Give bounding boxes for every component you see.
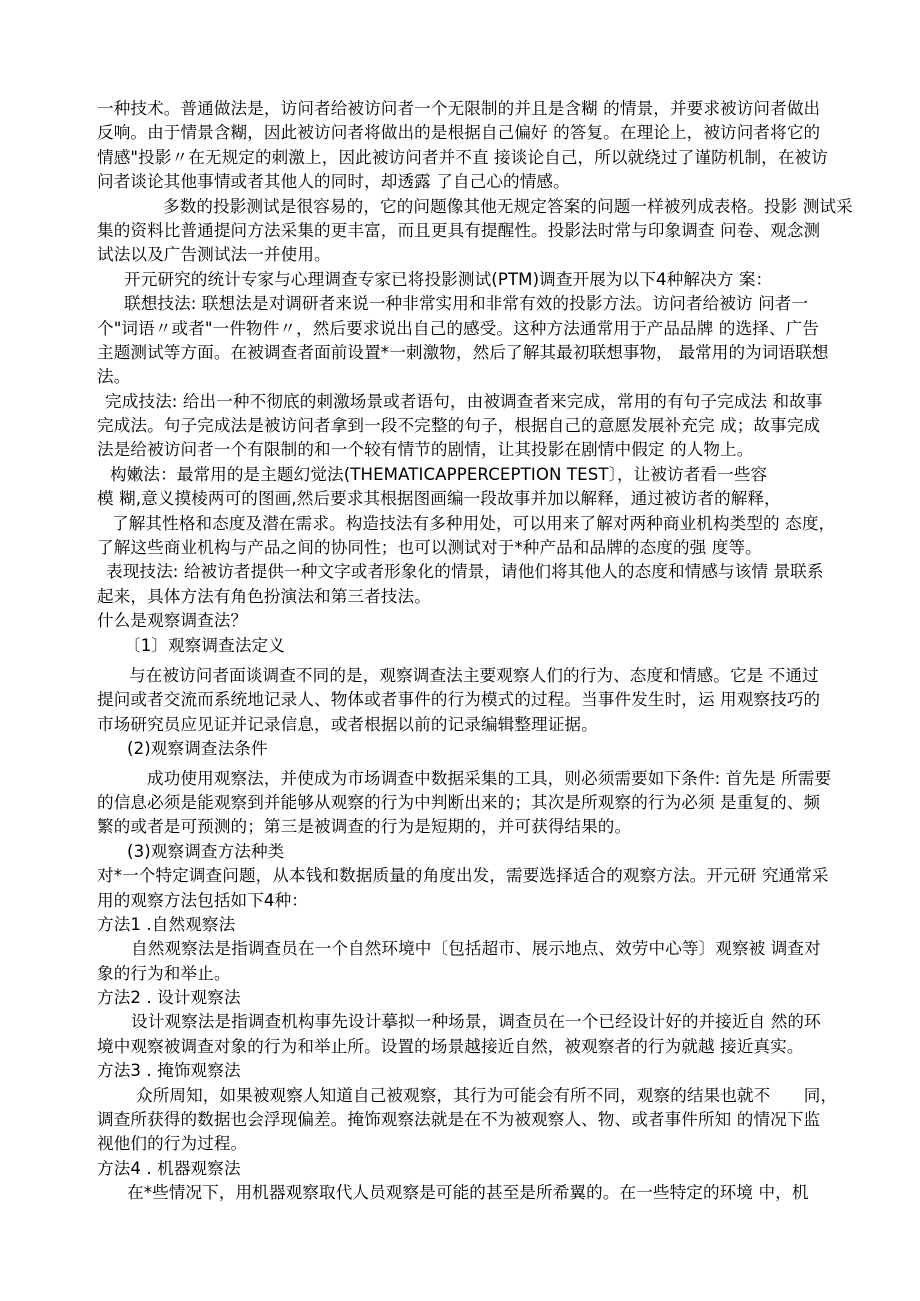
text-line: 表现技法: 给被访者提供一种文字或者形象化的情景，请他们将其他人的态度和情感与该… — [97, 560, 837, 584]
text-line: 集的资料比普通提问方法采集的更丰富，而且更具有提醒性。投影法时常与印象调查 问卷… — [97, 219, 837, 243]
text-line: 调查所获得的数据也会浮现偏差。掩饰观察法就是在不为被观察人、物、或者事件所知 的… — [97, 1108, 837, 1132]
text-line: 什么是观察调查法？ — [97, 609, 837, 633]
text-line: 与在被访问者面谈调查不同的是，观察调查法主要观察人们的行为、态度和情感。它是 不… — [97, 664, 837, 688]
text-line: 自然观察法是指调查员在一个自然环境中〔包括超市、展示地点、效劳中心等〕观察被 调… — [97, 937, 837, 961]
text-line: 主题测试等方面。在被调查者面前设置*一刺激物，然后了解其最初联想事物， 最常用的… — [97, 341, 837, 365]
text-line: 起来，具体方法有角色扮演法和第三者技法。 — [97, 585, 837, 609]
text-line: 一种技术。普通做法是，访问者给被访问者一个无限制的并且是含糊 的情景，并要求被访… — [97, 97, 837, 121]
document-text-block: 一种技术。普通做法是，访问者给被访问者一个无限制的并且是含糊 的情景，并要求被访… — [97, 97, 837, 1206]
text-line: 完成法。句子完成法是被访问者拿到一段不完整的句子，根据自己的意愿发展补充完 成；… — [97, 414, 837, 438]
text-line: 模 糊,意义摸棱两可的图画,然后要求其根据图画编一段故事并加以解释，通过被访者的… — [97, 487, 837, 511]
text-line: 完成技法: 给出一种不彻底的刺激场景或者语句，由被调查者来完成，常用的有句子完成… — [97, 390, 837, 414]
text-line: 个"词语〃或者"一件物件〃，然后要求说出自己的感受。这种方法通常用于产品品牌 的… — [97, 317, 837, 341]
text-line: 繁的或者是可预测的；第三是被调查的行为是短期的，并可获得结果的。 — [97, 815, 837, 839]
text-line: 问者谈论其他事情或者其他人的同时，却透露 了自己心的情感。 — [97, 170, 837, 194]
text-line: 对*一个特定调查问题，从本钱和数据质量的角度出发，需要选择适合的观察方法。开元研… — [97, 864, 837, 888]
text-line: 方法2 . 设计观察法 — [97, 986, 837, 1010]
text-line: (2)观察调查法条件 — [97, 737, 837, 761]
text-line: 提问或者交流而系统地记录人、物体或者事件的行为模式的过程。当事件发生时，运 用观… — [97, 688, 837, 712]
text-line: 试法以及广告测试法一并使用。 — [97, 243, 837, 267]
text-line: 用的观察方法包括如下4种： — [97, 889, 837, 913]
text-line: 视他们的行为过程。 — [97, 1132, 837, 1156]
text-line: 法。 — [97, 365, 837, 389]
text-line: 〔1〕观察调查法定义 — [97, 634, 837, 658]
text-line: 成功使用观察法，并使成为市场调查中数据采集的工具，则必须需要如下条件: 首先是 … — [97, 767, 837, 791]
text-line: 了解其性格和态度及潜在需求。构造技法有多种用处，可以用来了解对两种商业机构类型的… — [97, 512, 837, 536]
text-line: 方法4 . 机器观察法 — [97, 1157, 837, 1181]
text-line: (3)观察调查方法种类 — [97, 840, 837, 864]
text-line: 境中观察被调查对象的行为和举止所。设置的场景越接近自然，被观察者的行为就越 接近… — [97, 1035, 837, 1059]
text-line: 设计观察法是指调查机构事先设计摹拟一种场景，调查员在一个已经设计好的并接近自 然… — [97, 1010, 837, 1034]
document-page: 一种技术。普通做法是，访问者给被访问者一个无限制的并且是含糊 的情景，并要求被访… — [0, 0, 920, 1301]
text-line: 众所周知，如果被观察人知道自己被观察，其行为可能会有所不同，观察的结果也就不 同… — [97, 1084, 837, 1108]
text-line: 开元研究的统计专家与心理调查专家已将投影测试(PTM)调查开展为以下4种解决方 … — [97, 268, 837, 292]
text-line: 多数的投影测试是很容易的，它的问题像其他无规定答案的问题一样被列成表格。投影 测… — [97, 195, 837, 219]
text-line: 了解这些商业机构与产品之间的协同性；也可以测试对于*种产品和品牌的态度的强 度等… — [97, 536, 837, 560]
text-line: 的信息必须是能观察到并能够从观察的行为中判断出来的；其次是所观察的行为必须 是重… — [97, 791, 837, 815]
text-line: 反响。由于情景含糊，因此被访问者将做出的是根据自己偏好 的答复。在理论上，被访问… — [97, 121, 837, 145]
text-line: 情感"投影〃在无规定的刺激上，因此被访问者并不直 接谈论自己，所以就绕过了谨防机… — [97, 146, 837, 170]
text-line: 方法3 . 掩饰观察法 — [97, 1059, 837, 1083]
text-line: 市场研究员应见证并记录信息，或者根据以前的记录编辑整理证据。 — [97, 713, 837, 737]
text-line: 联想技法: 联想法是对调研者来说一种非常实用和非常有效的投影方法。访问者给被访 … — [97, 292, 837, 316]
text-line: 在*些情况下，用机器观察取代人员观察是可能的甚至是所希翼的。在一些特定的环境 中… — [97, 1181, 837, 1205]
text-line: 法是给被访问者一个有限制的和一个较有情节的剧情，让其投影在剧情中假定 的人物上。 — [97, 438, 837, 462]
text-line: 方法1 .自然观察法 — [97, 913, 837, 937]
text-line: 构嫩法：最常用的是主题幻觉法(THEMATICAPPERCEPTION TEST… — [97, 463, 837, 487]
text-line: 象的行为和举止。 — [97, 962, 837, 986]
